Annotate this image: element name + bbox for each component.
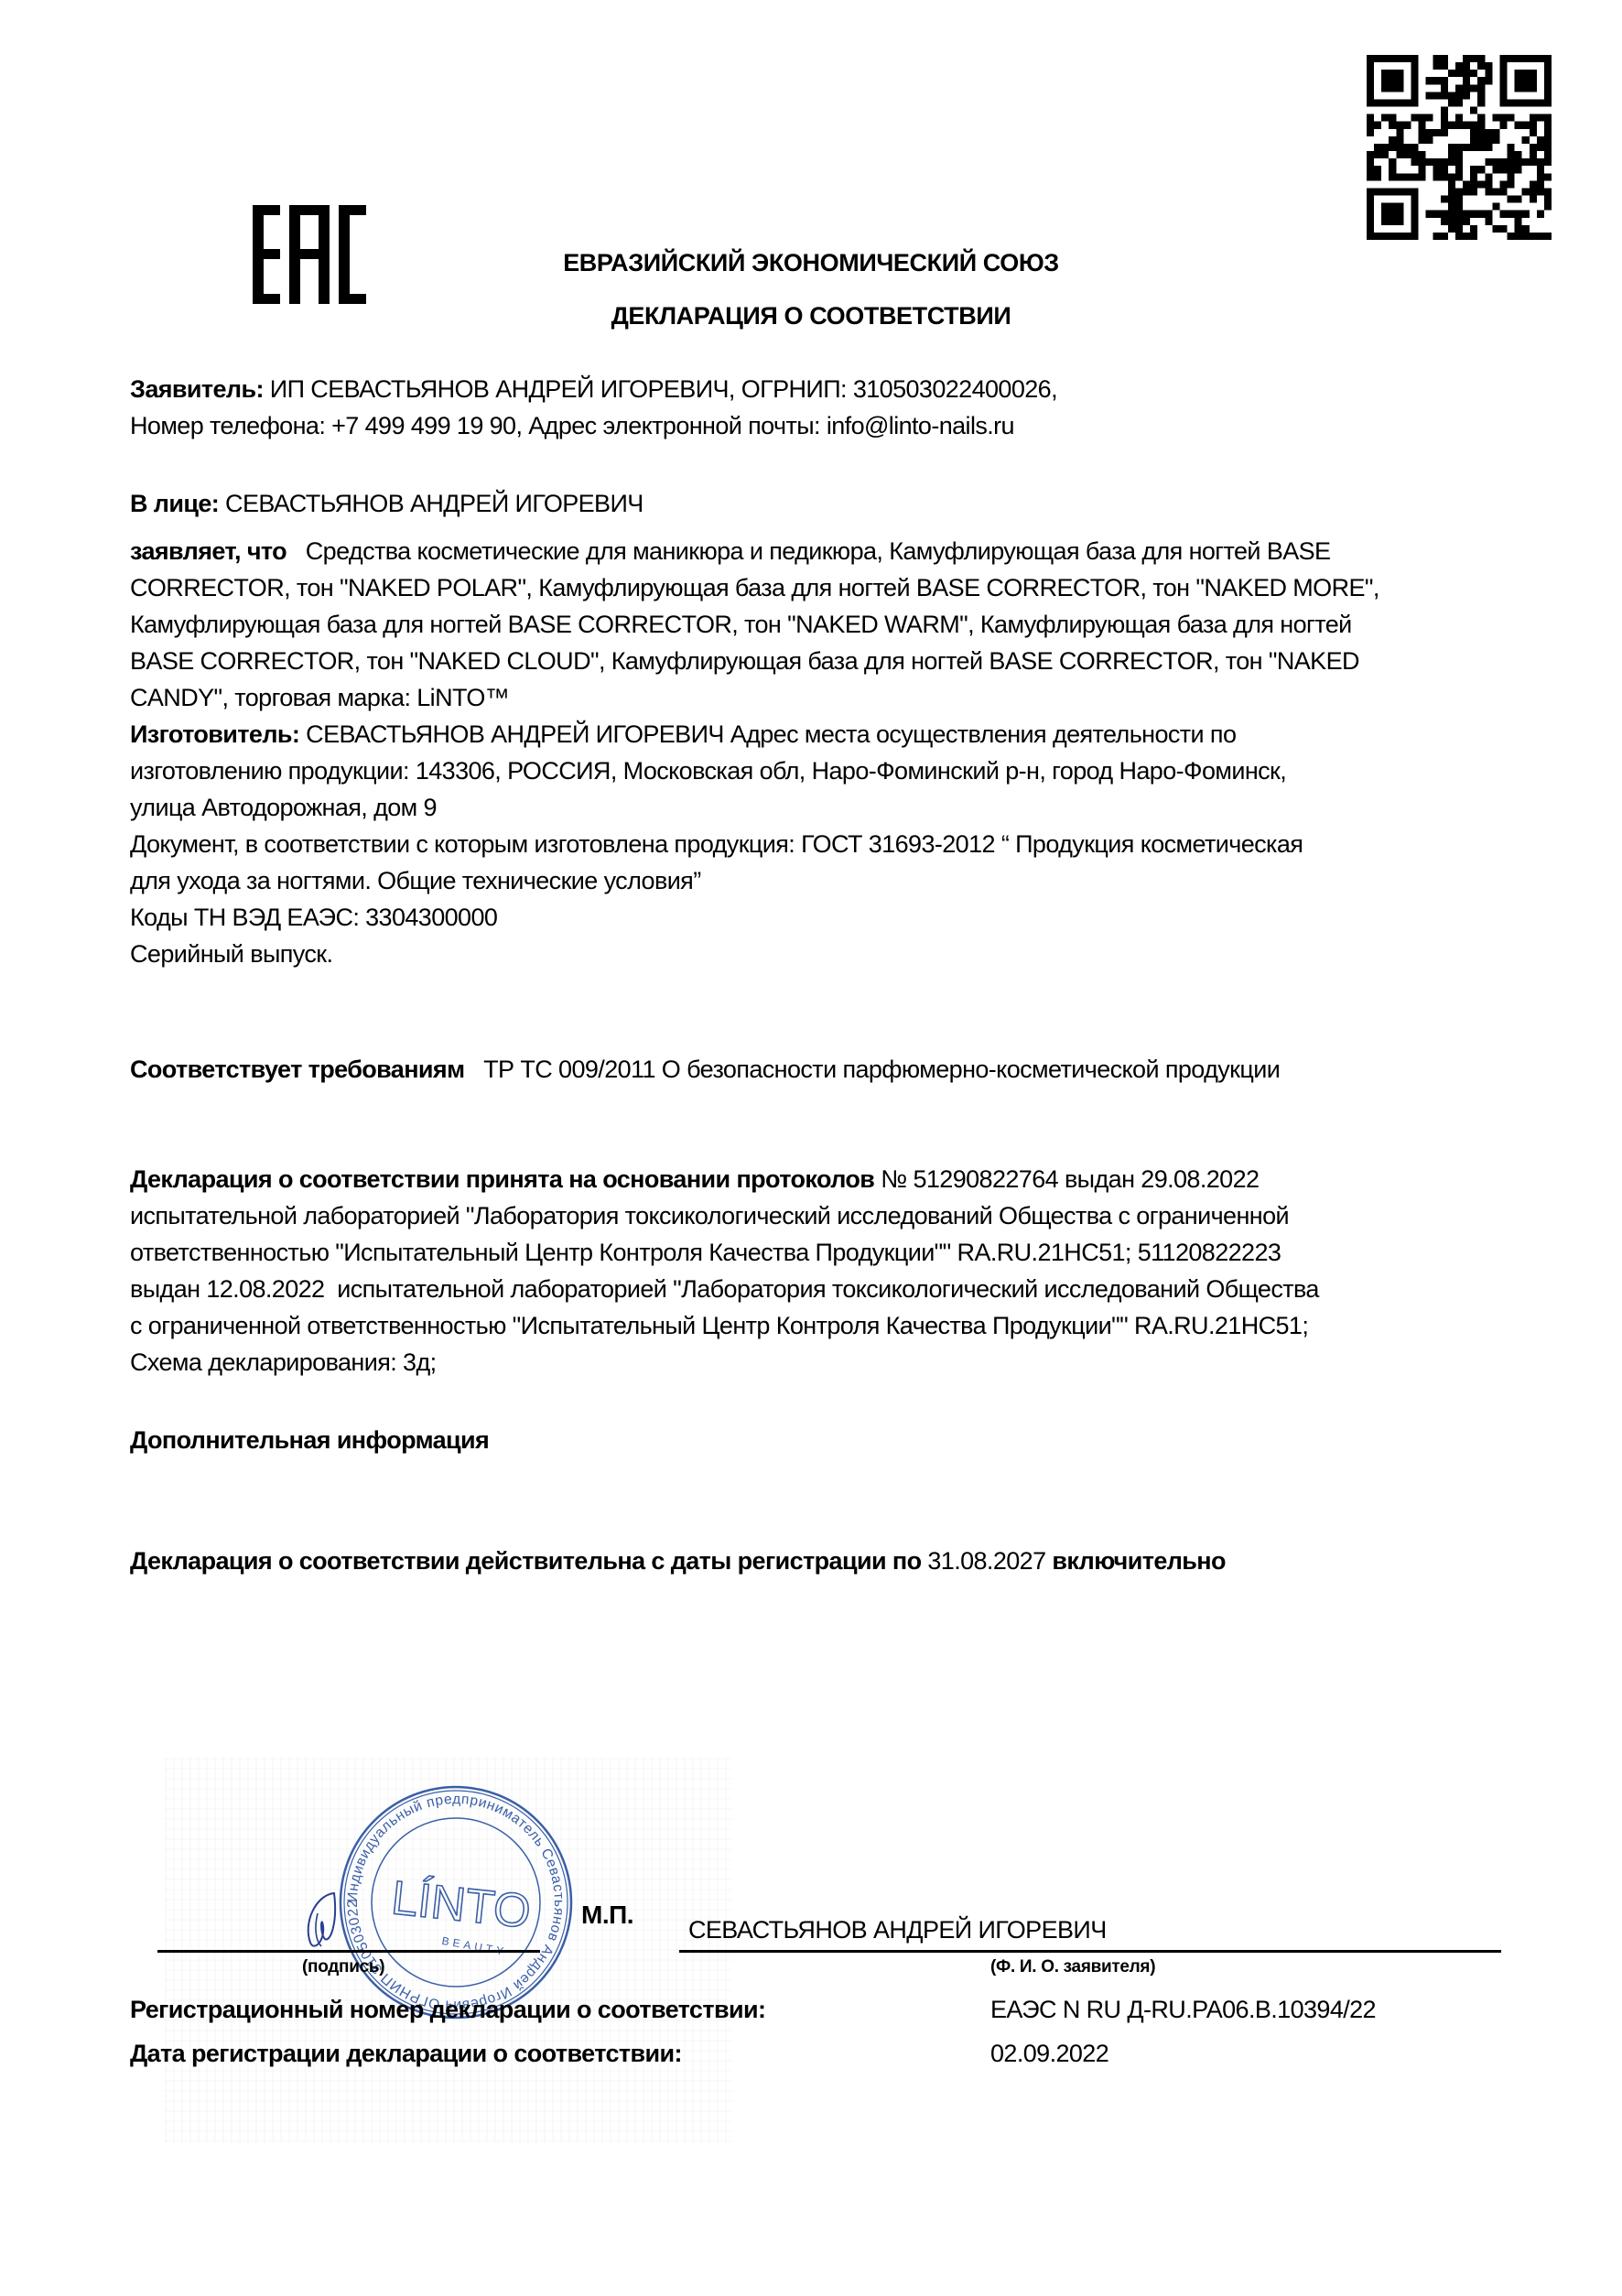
basis-line: № 51290822764 выдан 29.08.2022 bbox=[874, 1165, 1259, 1193]
manufacturer-line: Коды ТН ВЭД ЕАЭС: 3304300000 bbox=[130, 899, 1521, 936]
additional-info-label: Дополнительная информация bbox=[130, 1422, 1521, 1458]
registration-date-label: Дата регистрации декларации о соответств… bbox=[130, 2035, 682, 2072]
union-title: ЕВРАЗИЙСКИЙ ЭКОНОМИЧЕСКИЙ СОЮЗ bbox=[0, 249, 1622, 277]
svg-text:LÍNTO: LÍNTO bbox=[389, 1871, 533, 1939]
signature-caption: (подпись) bbox=[302, 1957, 384, 1977]
validity-date: 31.08.2027 bbox=[921, 1547, 1052, 1575]
stamp-place-label: М.П. bbox=[581, 1901, 633, 1930]
declares-line: CANDY", торговая марка: LiNTO™ bbox=[130, 679, 1521, 716]
compliance-section: Соответствует требованиям ТР ТС 009/2011… bbox=[130, 1051, 1521, 1088]
declares-line: Камуфлирующая база для ногтей BASE CORRE… bbox=[130, 606, 1521, 643]
declares-line: BASE CORRECTOR, тон "NAKED CLOUD", Камуф… bbox=[130, 643, 1521, 679]
compliance-label: Соответствует требованиям bbox=[130, 1056, 464, 1083]
basis-label: Декларация о соответствии принята на осн… bbox=[130, 1165, 874, 1193]
basis-line: выдан 12.08.2022 испытательной лаборатор… bbox=[130, 1271, 1521, 1307]
declares-line: CORRECTOR, тон "NAKED POLAR", Камуфлирую… bbox=[130, 569, 1521, 606]
svg-text:BEAUTY: BEAUTY bbox=[441, 1934, 508, 1958]
declares-line: Средства косметические для маникюра и пе… bbox=[287, 537, 1330, 565]
validity-suffix: включительно bbox=[1052, 1547, 1226, 1575]
handwritten-signature-icon bbox=[297, 1886, 352, 1959]
manufacturer-line: Серийный выпуск. bbox=[130, 936, 1521, 972]
representative-value: СЕВАСТЬЯНОВ АНДРЕЙ ИГОРЕВИЧ bbox=[219, 490, 643, 517]
declaration-body: заявляет, что Средства косметические для… bbox=[130, 533, 1521, 972]
validity-label: Декларация о соответствии действительна … bbox=[130, 1547, 921, 1575]
manufacturer-line: улица Автодорожная, дом 9 bbox=[130, 789, 1521, 826]
applicant-contacts: Номер телефона: +7 499 499 19 90, Адрес … bbox=[130, 407, 1521, 444]
validity-section: Декларация о соответствии действительна … bbox=[130, 1543, 1521, 1579]
manufacturer-line: СЕВАСТЬЯНОВ АНДРЕЙ ИГОРЕВИЧ Адрес места … bbox=[299, 720, 1236, 748]
applicant-name: СЕВАСТЬЯНОВ АНДРЕЙ ИГОРЕВИЧ bbox=[688, 1912, 1107, 1948]
doc-title: ДЕКЛАРАЦИЯ О СООТВЕТСТВИИ bbox=[0, 302, 1622, 330]
registration-date-value: 02.09.2022 bbox=[990, 2035, 1108, 2072]
manufacturer-line: Документ, в соответствии с которым изгот… bbox=[130, 826, 1521, 862]
qr-code-icon[interactable] bbox=[1367, 55, 1552, 240]
declares-label: заявляет, что bbox=[130, 537, 287, 565]
basis-line: испытательной лабораторией "Лаборатория … bbox=[130, 1197, 1521, 1234]
basis-line: Схема декларирования: 3д; bbox=[130, 1344, 1521, 1381]
compliance-value: ТР ТС 009/2011 О безопасности парфюмерно… bbox=[464, 1056, 1280, 1083]
registration-number-label: Регистрационный номер декларации о соотв… bbox=[130, 1991, 765, 2028]
applicant-label: Заявитель: bbox=[130, 375, 264, 403]
signature-line bbox=[157, 1950, 540, 1953]
applicant-section: Заявитель: ИП СЕВАСТЬЯНОВ АНДРЕЙ ИГОРЕВИ… bbox=[130, 371, 1521, 444]
applicant-value: ИП СЕВАСТЬЯНОВ АНДРЕЙ ИГОРЕВИЧ, ОГРНИП: … bbox=[264, 375, 1057, 403]
representative-section: В лице: СЕВАСТЬЯНОВ АНДРЕЙ ИГОРЕВИЧ bbox=[130, 485, 1521, 522]
manufacturer-line: для ухода за ногтями. Общие технические … bbox=[130, 862, 1521, 899]
manufacturer-line: изготовлению продукции: 143306, РОССИЯ, … bbox=[130, 753, 1521, 789]
basis-line: с ограниченной ответственностью "Испытат… bbox=[130, 1307, 1521, 1344]
representative-label: В лице: bbox=[130, 490, 219, 517]
basis-section: Декларация о соответствии принята на осн… bbox=[130, 1161, 1521, 1381]
company-stamp-icon: Индивидуальный предприниматель Севастьян… bbox=[337, 1783, 575, 2021]
basis-line: ответственностью "Испытательный Центр Ко… bbox=[130, 1234, 1521, 1271]
name-line bbox=[679, 1950, 1501, 1953]
manufacturer-label: Изготовитель: bbox=[130, 720, 299, 748]
name-caption: (Ф. И. О. заявителя) bbox=[990, 1957, 1155, 1977]
registration-number-value: ЕАЭС N RU Д-RU.РА06.В.10394/22 bbox=[990, 1991, 1376, 2028]
